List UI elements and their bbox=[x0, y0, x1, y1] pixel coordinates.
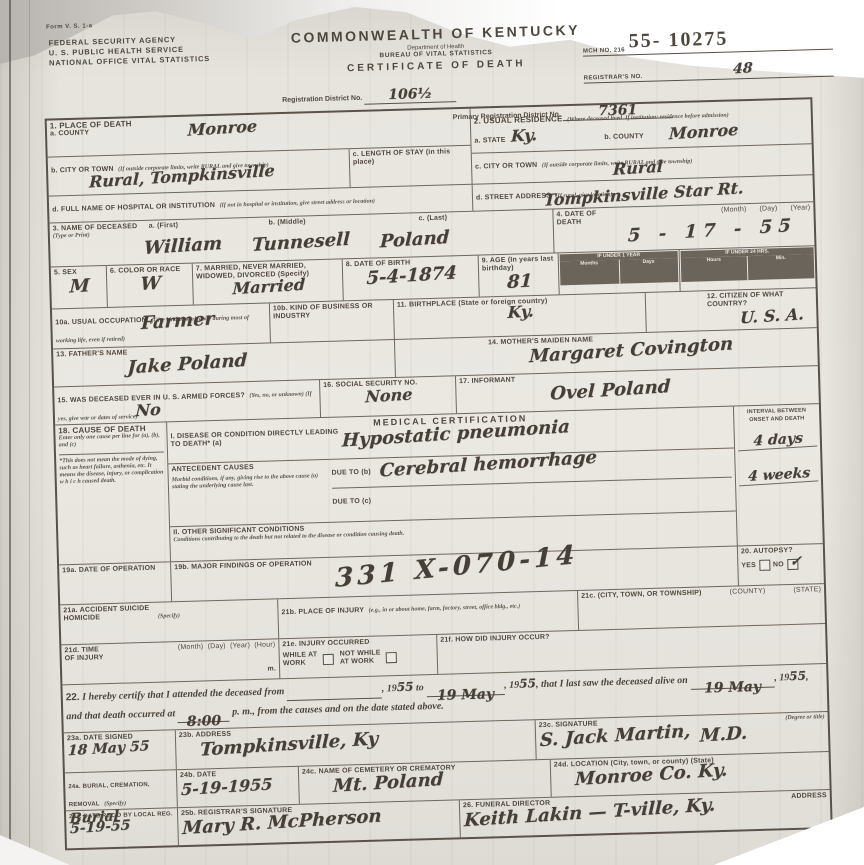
min-column: Min. bbox=[748, 254, 815, 280]
form-grid: 1. PLACE OF DEATH a. COUNTY Monroe b. CI… bbox=[45, 97, 833, 850]
hours-column: Hours bbox=[681, 256, 749, 282]
due-to-c-label: DUE TO (c) bbox=[332, 498, 371, 515]
field-9-under-1-year: IF UNDER 1 YEAR Months Days bbox=[559, 250, 681, 294]
field-24a-burial-cremation: 24a. BURIAL, CREMATION, REMOVAL (Specify… bbox=[65, 770, 178, 810]
autopsy-no-label: NO bbox=[773, 561, 784, 569]
field-12-value: U. S. A. bbox=[740, 304, 815, 328]
field-10a-usual-occupation: 10a. USUAL OCCUPATION (Give kind of work… bbox=[52, 303, 271, 348]
field-19a-date-of-operation: 19a. DATE OF OPERATION bbox=[59, 562, 172, 604]
agency-block: FEDERAL SECURITY AGENCY U. S. PUBLIC HEA… bbox=[48, 32, 269, 68]
while-at-work-label: WHILE AT WORK bbox=[283, 651, 321, 668]
field-15-armed-forces: 15. WAS DECEASED EVER IN U. S. ARMED FOR… bbox=[54, 380, 321, 424]
field-6-color-or-race: 6. COLOR OR RACE W bbox=[107, 264, 194, 307]
field-1d-label: d. FULL NAME OF HOSPITAL OR INSTITUTION bbox=[52, 202, 215, 214]
registrar-no-value: 48 bbox=[733, 60, 753, 77]
field-18-side-note-2: *This does not mean the mode of dying, s… bbox=[59, 455, 165, 486]
field-21e-injury-occurred: 21e. INJURY OCCURRED WHILE AT WORK NOT W… bbox=[279, 635, 438, 678]
field-25a-date-received: 25a. DATE REC'D BY LOCAL REG. 5-19-55 bbox=[66, 808, 179, 848]
field-1a-value: Monroe bbox=[187, 116, 257, 139]
field-8-date-of-birth: 8. DATE OF BIRTH 5-4-1874 bbox=[343, 256, 480, 301]
field-21b-label: 21b. PLACE OF INJURY bbox=[281, 607, 364, 616]
field-3-last-value: Poland bbox=[379, 227, 449, 252]
field-4-label: 4. DATE OF DEATH bbox=[556, 210, 616, 228]
field-3-first-value: William bbox=[144, 233, 223, 259]
cert-alive-date-hw: 19 May bbox=[704, 679, 761, 697]
cert-year-3: , 19 bbox=[774, 672, 789, 683]
field-2c-label: c. CITY OR TOWN bbox=[475, 162, 537, 171]
field-21d-label: 21d. TIME OF INJURY bbox=[64, 646, 110, 663]
scanned-death-certificate: Form V. S. 1-a FEDERAL SECURITY AGENCY U… bbox=[0, 0, 864, 865]
field-5-value: M bbox=[55, 274, 105, 298]
cert-to-year-hw: 55 bbox=[519, 676, 536, 690]
cert-text-3: , that I last saw the deceased alive on bbox=[536, 675, 688, 690]
cert-text-5: p. m., from the causes and on the date s… bbox=[232, 701, 444, 718]
field-16-social-security-no: 16. SOCIAL SECURITY NO. None bbox=[320, 376, 457, 417]
field-21a-accident-suicide-homicide: 21a. ACCIDENT SUICIDE HOMICIDE (Specify) bbox=[60, 599, 279, 644]
cert-to-date-hw: 19 May bbox=[437, 686, 494, 704]
cert-text-2: to bbox=[416, 682, 424, 693]
field-23a-date-signed: 23a. DATE SIGNED 18 May 55 bbox=[64, 730, 177, 772]
field-21d-m-label: m. bbox=[65, 665, 276, 679]
field-2a-label: a. STATE bbox=[474, 137, 505, 145]
field-5-sex: 5. SEX M bbox=[51, 266, 108, 309]
field-6-value: W bbox=[111, 271, 191, 297]
field-19a-label: 19a. DATE OF OPERATION bbox=[62, 564, 167, 575]
field-18-side-note-1: Enter only one cause per line for (a), (… bbox=[58, 432, 163, 449]
field-10a-value: Farmer bbox=[141, 308, 215, 334]
cert-from-blank bbox=[287, 688, 382, 701]
field-1-place-of-death: 1. PLACE OF DEATH a. COUNTY Monroe b. CI… bbox=[47, 109, 474, 223]
field-18-part1-label: I. DISEASE OR CONDITION DIRECTLY LEADING… bbox=[170, 429, 341, 464]
while-at-work-checkbox bbox=[323, 653, 334, 664]
field-24b-date: 24b. DATE 5-19-1955 bbox=[177, 767, 300, 807]
field-2-usual-residence: 2. USUAL RESIDENCE (Where deceased lived… bbox=[471, 99, 814, 210]
cert-alive-year-hw: 55 bbox=[789, 669, 806, 683]
interval-column: INTERVAL BETWEEN ONSET AND DEATH 4 days … bbox=[734, 404, 823, 545]
field-2b-label: b. COUNTY bbox=[604, 133, 644, 141]
field-21c-county: (COUNTY) bbox=[730, 588, 766, 597]
cert-year-2: , 19 bbox=[504, 680, 519, 691]
not-while-at-work-checkbox bbox=[386, 652, 397, 663]
field-23c-signature: 23c. SIGNATURE (Degree or title) S. Jack… bbox=[536, 712, 829, 759]
field-24c-cemetery: 24c. NAME OF CEMETERY OR CREMATORY Mt. P… bbox=[299, 760, 552, 804]
paper-fold-line bbox=[29, 0, 30, 865]
field-4-date-of-death: 4. DATE OF DEATH (Month) (Day) (Year) 5 … bbox=[553, 202, 814, 252]
field-1d-note: (If not in hospital or institution, give… bbox=[219, 198, 375, 208]
field-25b-registrar-signature: 25b. REGISTRAR'S SIGNATURE Mary R. McPhe… bbox=[178, 800, 461, 845]
title-block: COMMONWEALTH OF KENTUCKY Department of H… bbox=[270, 21, 601, 76]
state-file-number: 55- 10275 bbox=[628, 28, 728, 54]
field-10a-label: 10a. USUAL OCCUPATION bbox=[55, 317, 147, 327]
interval-label: INTERVAL BETWEEN ONSET AND DEATH bbox=[737, 406, 816, 424]
field-10b-label: 10b. KIND OF BUSINESS OR INDUSTRY bbox=[273, 302, 390, 321]
field-18-cause-of-death-sidebar: 18. CAUSE OF DEATH Enter only one cause … bbox=[55, 422, 171, 564]
file-stamp-label: MCH NO. 216 bbox=[583, 47, 625, 54]
cert-hour-hw: 8:00 bbox=[186, 713, 221, 730]
interval-b-value: 4 weeks bbox=[739, 464, 819, 486]
field-2b-value: Monroe bbox=[669, 120, 739, 143]
field-23c-note: (Degree or title) bbox=[785, 714, 825, 723]
file-number-block: MCH NO. 216 55- 10275 REGISTRAR'S NO. 48 bbox=[582, 25, 833, 84]
field-2-title: 2. USUAL RESIDENCE bbox=[474, 114, 563, 125]
field-7-marital-status: 7. MARRIED, NEVER MARRIED, WIDOWED, DIVO… bbox=[193, 259, 344, 304]
field-2a-value: Ky. bbox=[511, 125, 538, 146]
certificate-form: Form V. S. 1-a FEDERAL SECURITY AGENCY U… bbox=[42, 1, 857, 851]
field-15-value: No bbox=[135, 400, 161, 421]
field-1c-label: c. LENGTH OF STAY (in this place) bbox=[353, 148, 469, 167]
field-12-citizen-of-what-country: 12. CITIZEN OF WHAT COUNTRY? U. S. A. bbox=[646, 288, 817, 332]
field-21d-time-of-injury: 21d. TIME OF INJURY (Month) (Day) (Year)… bbox=[61, 639, 280, 684]
field-21c-city-county-state: 21c. (CITY, TOWN, OR TOWNSHIP) (COUNTY) … bbox=[578, 584, 825, 630]
field-2c-value: Rural bbox=[613, 157, 664, 179]
field-11-birthplace: 11. BIRTHPLACE (State or foreign country… bbox=[394, 293, 647, 339]
field-9-value: 81 bbox=[483, 269, 557, 295]
field-23c-degree: M.D. bbox=[700, 723, 748, 747]
autopsy-yes-checkbox bbox=[759, 560, 770, 571]
field-21c-label: 21c. (CITY, TOWN, OR TOWNSHIP) bbox=[581, 589, 702, 600]
not-while-at-work-label: NOT WHILE AT WORK bbox=[340, 649, 384, 666]
field-2d-label: d. STREET ADDRESS bbox=[476, 193, 551, 202]
field-21c-state: (STATE) bbox=[793, 586, 821, 595]
due-to-b-label: DUE TO (b) bbox=[332, 469, 372, 488]
field-21a-label: 21a. ACCIDENT SUICIDE HOMICIDE bbox=[63, 605, 153, 624]
autopsy-check-mark: ✓ bbox=[789, 553, 801, 570]
cert-from-year-hw: 55 bbox=[397, 680, 414, 694]
field-21a-note: (Specify) bbox=[158, 613, 180, 620]
field-10b-kind-of-business: 10b. KIND OF BUSINESS OR INDUSTRY bbox=[270, 300, 395, 342]
form-number: Form V. S. 1-a bbox=[46, 23, 93, 30]
field-9-age: 9. AGE (In years last birthday) 81 bbox=[479, 253, 560, 296]
field-21d-columns: (Month) (Day) (Year) (Hour) bbox=[178, 641, 276, 660]
interval-a-value: 4 days bbox=[738, 429, 818, 451]
antecedent-causes-label: ANTECEDENT CAUSES bbox=[171, 462, 331, 474]
months-column: Months bbox=[560, 260, 620, 286]
registration-district-value: 106½ bbox=[388, 86, 432, 103]
field-21b-note: (e.g., in or about home, farm, factory, … bbox=[369, 604, 521, 614]
field-20-label: 20. AUTOPSY? bbox=[741, 546, 820, 556]
field-24a-note: (Specify) bbox=[104, 801, 126, 808]
antecedent-causes-note: Morbid conditions, if any, giving rise t… bbox=[172, 473, 332, 491]
registration-district: Registration District No. 106½ bbox=[282, 85, 456, 107]
registrar-no-label: REGISTRAR'S NO. bbox=[584, 74, 643, 82]
cert-text-1: I hereby certify that I attended the dec… bbox=[82, 686, 284, 703]
registration-district-label: Registration District No. bbox=[282, 95, 362, 104]
field-9-under-24-hrs: IF UNDER 24 HRS. Hours Min. bbox=[680, 246, 816, 291]
autopsy-no-checkbox: ✓ bbox=[787, 559, 798, 570]
field-22-number: 22. bbox=[66, 692, 80, 703]
scan-edge-line bbox=[9, 0, 11, 865]
days-column: Days bbox=[619, 258, 678, 284]
autopsy-yes-label: YES bbox=[741, 561, 756, 569]
field-21e-label: 21e. INJURY OCCURRED bbox=[282, 637, 433, 649]
cert-year-1: , 19 bbox=[382, 683, 397, 694]
field-20-autopsy: 20. AUTOPSY? YES NO ✓ bbox=[738, 544, 824, 585]
